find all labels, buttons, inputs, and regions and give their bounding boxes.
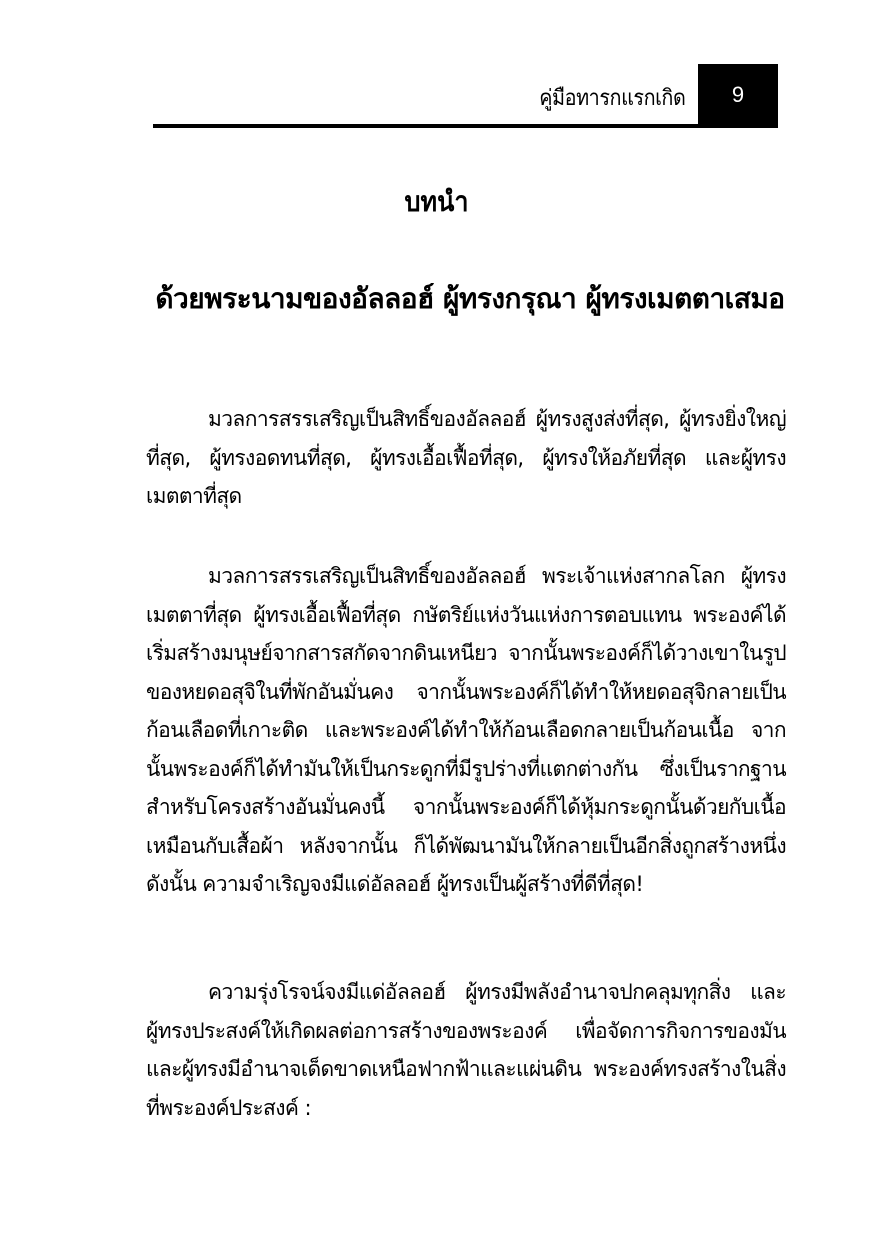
chapter-title: บทนำ: [44, 180, 830, 224]
paragraph-3-text: ความรุ่งโรจน์จงมีแด่อัลลอฮ์ ผู้ทรงมีพลัง…: [146, 980, 786, 1120]
header-rule: [153, 124, 778, 128]
paragraph-2-text: มวลการสรรเสริญเป็นสิทธิ์ของอัลลอฮ์ พระเจ…: [146, 564, 786, 896]
paragraph-1: มวลการสรรเสริญเป็นสิทธิ์ของอัลลอฮ์ ผู้ทร…: [146, 400, 786, 516]
paragraph-1-text: มวลการสรรเสริญเป็นสิทธิ์ของอัลลอฮ์ ผู้ทร…: [146, 407, 786, 508]
paragraph-3: ความรุ่งโรจน์จงมีแด่อัลลอฮ์ ผู้ทรงมีพลัง…: [146, 973, 786, 1127]
basmala-heading: ด้วยพระนามของอัลลอฮ์ ผู้ทรงกรุณา ผู้ทรงเ…: [150, 276, 790, 322]
book-title: คู่มือทารกแรกเกิด: [539, 80, 685, 115]
page-number: 9: [732, 82, 744, 108]
page-number-box: 9: [698, 64, 778, 126]
paragraph-2: มวลการสรรเสริญเป็นสิทธิ์ของอัลลอฮ์ พระเจ…: [146, 557, 786, 904]
